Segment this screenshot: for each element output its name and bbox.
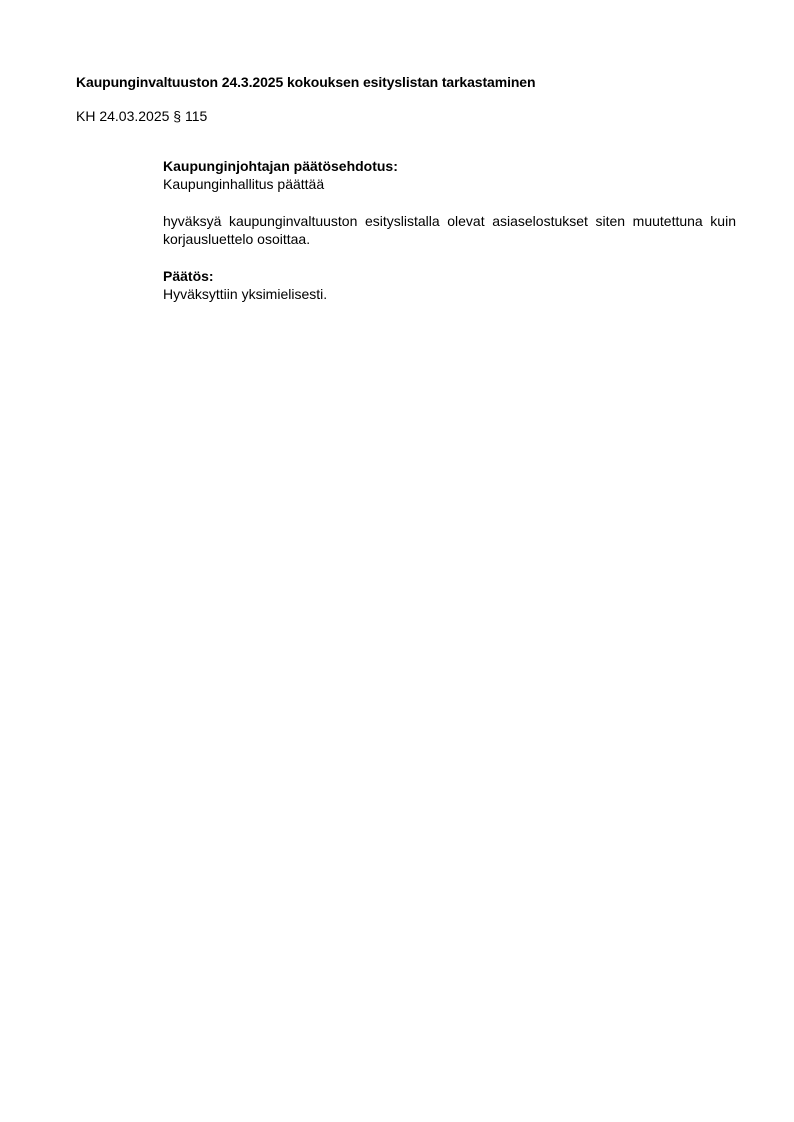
decision-heading: Päätös: xyxy=(163,267,736,285)
document-title: Kaupunginvaltuuston 24.3.2025 kokouksen … xyxy=(76,73,535,91)
proposal-text: hyväksyä kaupunginvaltuuston esityslista… xyxy=(163,212,736,248)
meeting-reference: KH 24.03.2025 § 115 xyxy=(76,107,207,125)
document-body: Kaupunginjohtajan päätösehdotus: Kaupung… xyxy=(163,157,736,303)
proposal-heading: Kaupunginjohtajan päätösehdotus: xyxy=(163,157,736,175)
spacer xyxy=(163,193,736,212)
proposal-intro: Kaupunginhallitus päättää xyxy=(163,175,736,193)
decision-text: Hyväksyttiin yksimielisesti. xyxy=(163,285,736,303)
spacer xyxy=(163,248,736,267)
